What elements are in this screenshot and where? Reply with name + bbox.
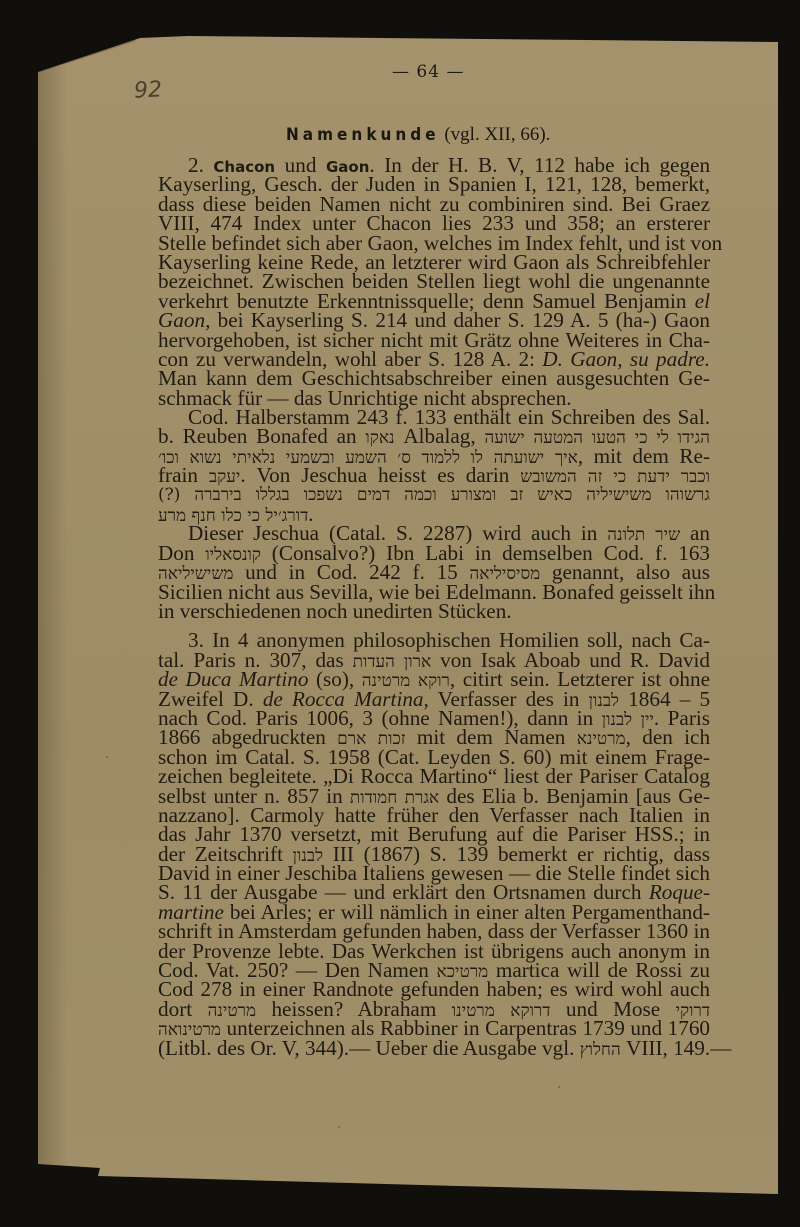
text-span: Albalag, bbox=[403, 424, 475, 448]
text-span: VIII, 149.— bbox=[626, 1036, 731, 1060]
article-body: 2. Chacon und Gaon. In der H. B. V, 112 … bbox=[158, 156, 710, 1058]
scanned-page-background: — 64 — 92 Namenkunde (vgl. XII, 66). 2. … bbox=[0, 0, 800, 1227]
text-span: b. Reuben Bonafed an bbox=[158, 424, 357, 448]
paper-speck bbox=[338, 1126, 340, 1128]
text-span: . Von Jeschua heisst es darin bbox=[240, 463, 509, 487]
text-line: (Litbl. des Or. V, 344).— Ueber die Ausg… bbox=[158, 1039, 710, 1058]
paper-speck bbox=[106, 756, 108, 758]
section-title: Namenkunde (vgl. XII, 66). bbox=[286, 124, 550, 146]
text-span: dort bbox=[158, 997, 192, 1021]
text-span: (Litbl. des Or. V, 344).— Ueber die Ausg… bbox=[158, 1036, 574, 1060]
text-line: frain יעקב. Von Jeschua heisst es darin … bbox=[158, 466, 710, 485]
page-number: — 64 — bbox=[392, 62, 464, 82]
paper-speck bbox=[558, 1086, 560, 1088]
title-reference: (vgl. XII, 66). bbox=[444, 124, 550, 145]
hebrew-text: נאקו bbox=[365, 428, 394, 448]
hebrew-text: ארון העדות bbox=[353, 652, 432, 672]
handwritten-annotation: 92 bbox=[133, 77, 162, 103]
text-span: , mit dem Re- bbox=[578, 444, 710, 468]
paragraph-jeschua: Dieser Jeschua (Catal. S. 2287) wird auc… bbox=[158, 524, 710, 621]
paragraph-halberstamm: Cod. Halberstamm 243 f. 133 enthält ein … bbox=[158, 408, 710, 524]
text-span: Don bbox=[158, 541, 195, 565]
text-line: in verschiedenen noch unedirten Stücken. bbox=[158, 602, 710, 621]
paragraph-rocca-martina: 3. In 4 anonymen philosophischen Homilie… bbox=[158, 631, 710, 1058]
paragraph-chacon-gaon: 2. Chacon und Gaon. In der H. B. V, 112 … bbox=[158, 156, 710, 408]
hebrew-line: גרשוהו משישיליה כאיש זב ומצורע וכמה דמים… bbox=[158, 486, 710, 505]
title-main: Namenkunde bbox=[286, 125, 440, 145]
hebrew-text: החלוץ bbox=[580, 1040, 621, 1060]
text-span: frain bbox=[158, 463, 198, 487]
